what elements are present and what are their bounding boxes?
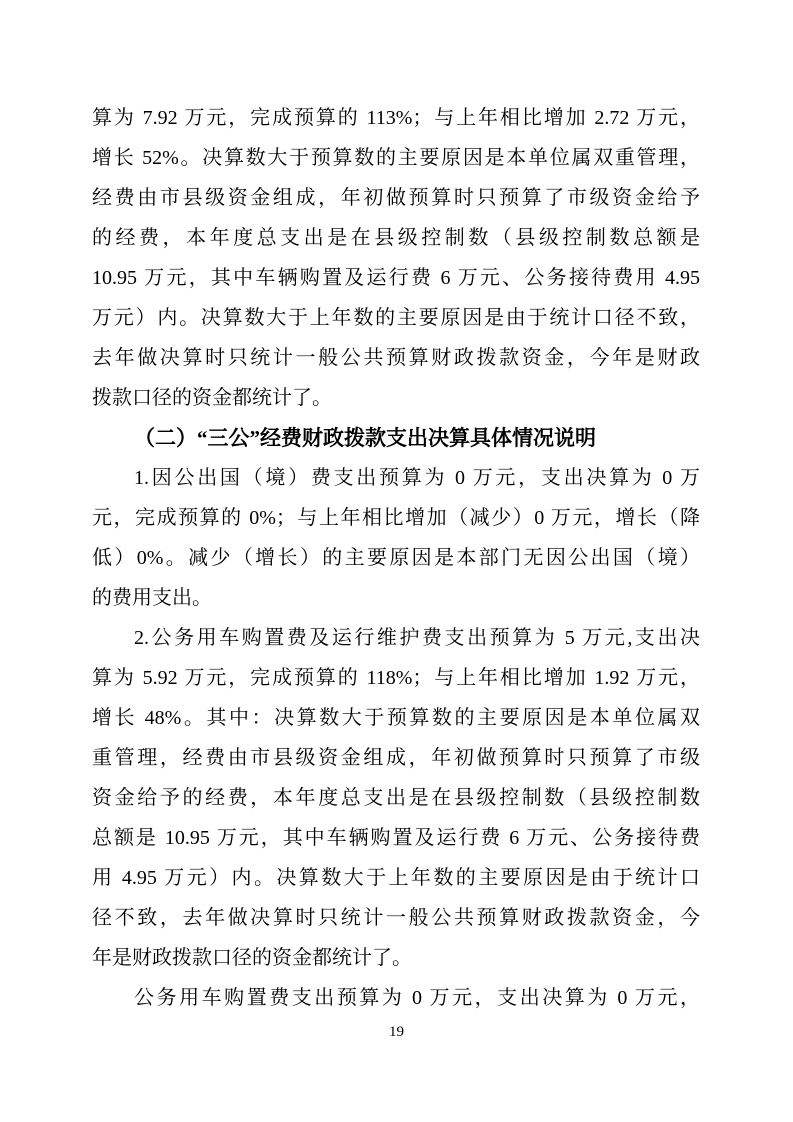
paragraph-line: 径不致，去年做决算时只统计一般公共预算财政拨款资金，今 [92, 898, 700, 938]
paragraph-line: 用 4.95 万元）内。决算数大于上年数的主要原因是由于统计口 [92, 858, 700, 898]
paragraph-line: 重管理，经费由市县级资金组成，年初做预算时只预算了市级 [92, 738, 700, 778]
paragraph-line: 低）0%。减少（增长）的主要原因是本部门无因公出国（境） [92, 538, 700, 578]
paragraph-line: 总额是 10.95 万元，其中车辆购置及运行费 6 万元、公务接待费 [92, 818, 700, 858]
page-number: 19 [0, 1022, 793, 1042]
paragraph-line: 10.95 万元，其中车辆购置及运行费 6 万元、公务接待费用 4.95 [92, 258, 700, 298]
section-heading: （二）“三公”经费财政拨款支出决算具体情况说明 [92, 418, 700, 458]
paragraph-line: 的经费，本年度总支出是在县级控制数（县级控制数总额是 [92, 218, 700, 258]
paragraph-line: 元，完成预算的 0%；与上年相比增加（减少）0 万元，增长（降 [92, 498, 700, 538]
paragraph-line: 经费由市县级资金组成，年初做预算时只预算了市级资金给予 [92, 178, 700, 218]
paragraph-line: 算为 7.92 万元，完成预算的 113%；与上年相比增加 2.72 万元， [92, 98, 700, 138]
paragraph-line: 增长 52%。决算数大于预算数的主要原因是本单位属双重管理， [92, 138, 700, 178]
paragraph-line: 2.公务用车购置费及运行维护费支出预算为 5 万元,支出决 [92, 618, 700, 658]
paragraph-line: 万元）内。决算数大于上年数的主要原因是由于统计口径不致， [92, 298, 700, 338]
paragraph-line: 增长 48%。其中：决算数大于预算数的主要原因是本单位属双 [92, 698, 700, 738]
paragraph-line: 拨款口径的资金都统计了。 [92, 378, 700, 418]
document-body: 算为 7.92 万元，完成预算的 113%；与上年相比增加 2.72 万元， 增… [92, 98, 700, 1018]
paragraph-line: 资金给予的经费，本年度总支出是在县级控制数（县级控制数 [92, 778, 700, 818]
paragraph-line: 的费用支出。 [92, 578, 700, 618]
paragraph-line: 年是财政拨款口径的资金都统计了。 [92, 938, 700, 978]
paragraph-line: 去年做决算时只统计一般公共预算财政拨款资金，今年是财政 [92, 338, 700, 378]
document-page: 算为 7.92 万元，完成预算的 113%；与上年相比增加 2.72 万元， 增… [0, 0, 793, 1122]
paragraph-line: 1.因公出国（境）费支出预算为 0 万元，支出决算为 0 万 [92, 458, 700, 498]
paragraph-line: 公务用车购置费支出预算为 0 万元，支出决算为 0 万元， [92, 978, 700, 1018]
paragraph-line: 算为 5.92 万元，完成预算的 118%；与上年相比增加 1.92 万元， [92, 658, 700, 698]
